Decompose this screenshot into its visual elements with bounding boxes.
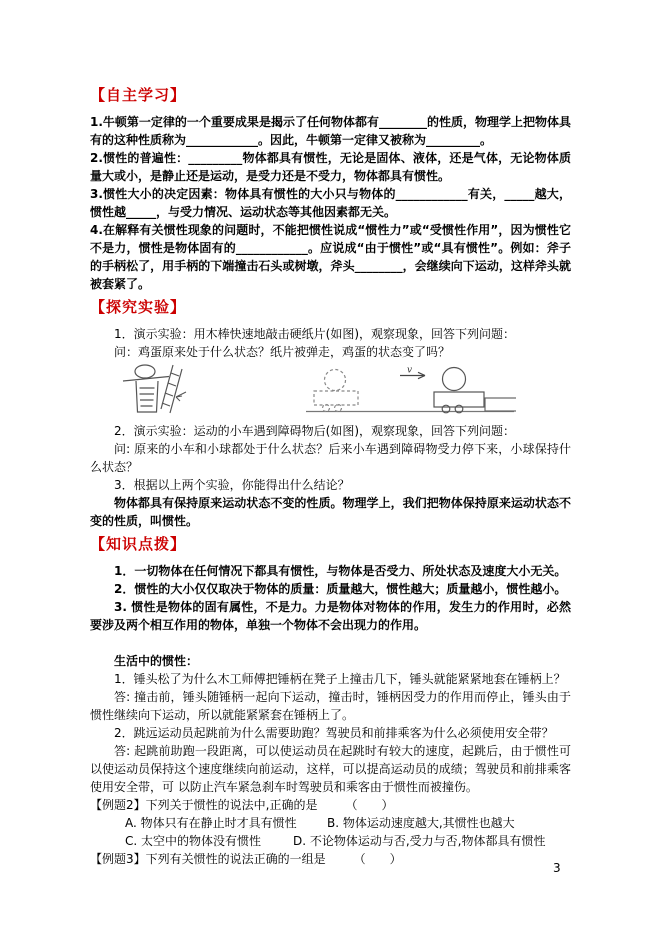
life-answer-1: 答: 撞击前，锤头随锤柄一起向下运动，撞击时，锤柄因受力的作用而停止，锤头由于惯… [90, 688, 571, 724]
example-2-line: 【例题2】下列关于惯性的说法中,正确的是 （ ） [90, 796, 571, 814]
ghost-cart-sketch [314, 370, 358, 412]
example-2-options-row-1: A. 物体只有在静止时才具有惯性 B. 物体运动速度越大,其惯性也越大 [90, 814, 571, 832]
example-2-option-b: B. 物体运动速度越大,其惯性也越大 [327, 814, 515, 832]
example-2-options-row-2: C. 太空中的物体没有惯性 D. 不论物体运动与否,受力与否,物体都具有惯性 [90, 832, 571, 850]
section-heading-experiment: 【探究实验】 [90, 298, 571, 317]
moving-cart-sketch [434, 368, 484, 413]
section-heading-self-study: 【自主学习】 [90, 86, 571, 105]
example-3-line: 【例题3】下列有关惯性的说法正确的一组是 （ ） [90, 850, 571, 868]
self-study-item-2: 2.惯性的普遍性：_________物体都具有惯性，无论是固体、液体，还是气体，… [90, 149, 571, 185]
example-2-answer-blank: （ ） [345, 796, 393, 814]
ghost-ball-sketch [325, 370, 346, 391]
card-sketch [123, 377, 169, 382]
self-study-item-3: 3.惯性大小的决定因素：物体具有惯性的大小只与物体的____________有关… [90, 185, 571, 221]
ball-sketch [443, 368, 466, 391]
tips-item-3: 3. 惯性是物体的固有属性，不是力。力是物体对物体的作用，发生力的作用时，必然要… [90, 598, 571, 634]
velocity-label: v [407, 366, 412, 376]
example-2-option-c: C. 太空中的物体没有惯性 [125, 832, 293, 850]
egg-sketch [135, 365, 155, 378]
experiment-question-2: 问: 原来的小车和小球都处于什么状态？后来小车遇到障碍物受力停下来，小球保持什么… [90, 440, 571, 476]
strike-arrow [176, 392, 186, 401]
stick-sketch [161, 365, 182, 413]
example-2-stem: 【例题2】下列关于惯性的说法中,正确的是 [90, 796, 317, 814]
worksheet-page: 【自主学习】 1.牛顿第一定律的一个重要成果是揭示了任何物体都有________… [0, 0, 661, 935]
tips-item-2: 2．惯性的大小仅仅取决于物体的质量：质量越大，惯性越大；质量越小，惯性越小。 [90, 580, 571, 598]
self-study-item-4: 4.在解释有关惯性现象的问题时，不能把惯性说成“惯性力”或“受惯性作用”，因为惯… [90, 221, 571, 293]
experiment-demo1-text: 1．演示实验：用木棒快速地敲击硬纸片(如图)，观察现象，回答下列问题： [90, 325, 571, 343]
obstacle-sketch [485, 398, 516, 411]
life-question-1: 1．锤头松了为什么木工师傅把锤柄在凳子上撞击几下，锤头就能紧紧地套在锤柄上？ [90, 670, 571, 688]
cart-obstacle-figure: v [304, 364, 516, 418]
life-inertia-title: 生活中的惯性： [90, 652, 571, 670]
tips-item-1: 1．一切物体在任何情况下都具有惯性，与物体是否受力、所处状态及速度大小无关。 [90, 562, 571, 580]
section-heading-tips: 【知识点拨】 [90, 535, 571, 554]
experiment-figures: v [90, 364, 571, 418]
life-answer-2: 答: 起跳前助跑一段距离，可以使运动员在起跳时有较大的速度，起跳后，由于惯性可以… [90, 742, 571, 796]
experiment-conclusion: 物体都具有保持原来运动状态不变的性质。物理学上，我们把物体保持原来运动状态不变的… [90, 494, 571, 530]
life-question-2: 2．跳远运动员起跳前为什么需要助跑？驾驶员和前排乘客为什么必须使用安全带？ [90, 724, 571, 742]
page-number: 3 [553, 861, 561, 875]
example-3-answer-blank: （ ） [354, 850, 402, 868]
example-3-stem: 【例题3】下列有关惯性的说法正确的一组是 [90, 850, 326, 868]
cup-sketch [136, 381, 158, 412]
velocity-arrow [400, 372, 425, 378]
experiment-question-3: 3．根据以上两个实验，你能得出什么结论？ [90, 476, 571, 494]
experiment-demo2-text: 2．演示实验：运动的小车遇到障碍物后(如图)，观察现象，回答下列问题： [90, 422, 571, 440]
experiment-question-1: 问：鸡蛋原来处于什么状态？纸片被弹走，鸡蛋的状态变了吗？ [90, 343, 571, 361]
example-2-option-a: A. 物体只有在静止时才具有惯性 [125, 814, 327, 832]
example-2-option-d: D. 不论物体运动与否,受力与否,物体都具有惯性 [293, 832, 546, 850]
self-study-item-1: 1.牛顿第一定律的一个重要成果是揭示了任何物体都有________的性质，物理学… [90, 113, 571, 149]
egg-card-cup-figure [116, 364, 192, 418]
worksheet-content: 【自主学习】 1.牛顿第一定律的一个重要成果是揭示了任何物体都有________… [90, 86, 571, 868]
